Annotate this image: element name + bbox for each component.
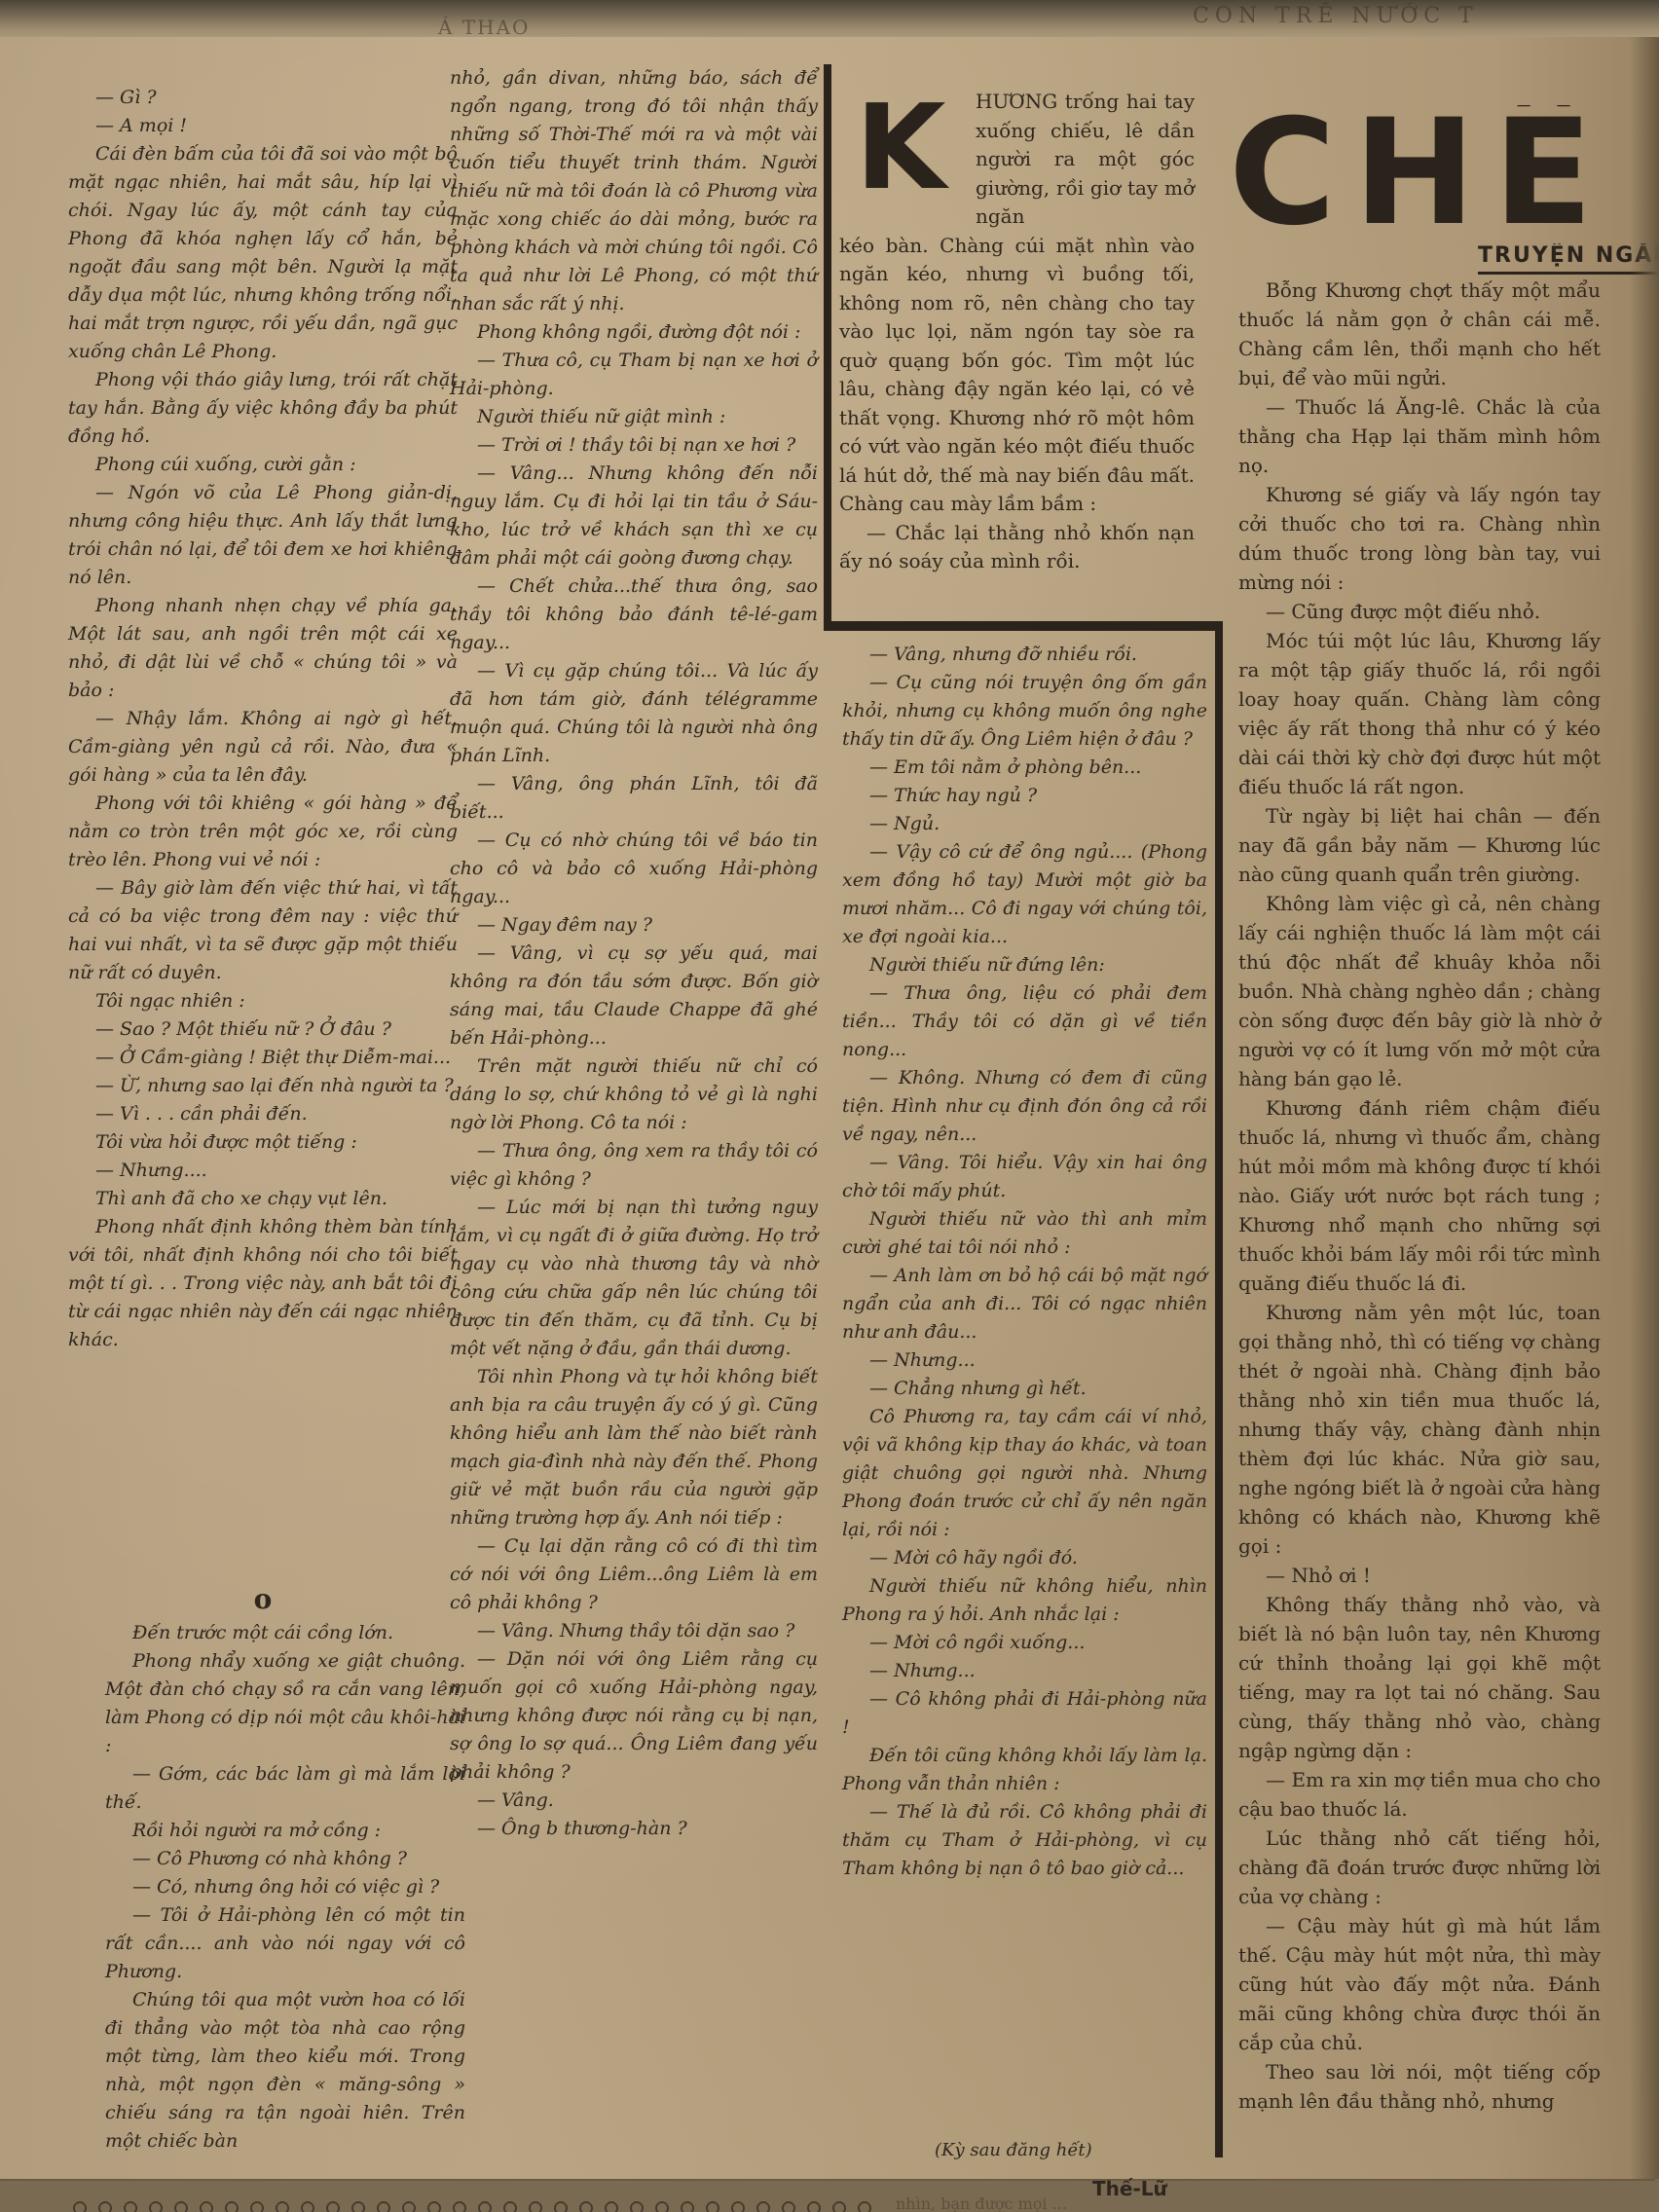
paragraph: Phong không ngồi, đường đột nói : (450, 318, 818, 347)
box-rule-right (1215, 621, 1223, 2157)
paragraph: Khương sé giấy và lấy ngón tay cởi thuốc… (1238, 480, 1601, 597)
dialogue-line: — Cô không phải đi Hải-phòng nữa ! (842, 1685, 1207, 1742)
paragraph: Người thiếu nữ đứng lên: (842, 951, 1207, 979)
dialogue-line: — Vì cụ gặp chúng tôi... Và lúc ấy đã hơ… (450, 657, 818, 770)
paragraph: Trên mặt người thiếu nữ chỉ có dáng lo s… (450, 1052, 818, 1137)
author-byline: Thế-Lữ (1092, 2177, 1167, 2200)
dialogue-line: — Sao ? Một thiếu nữ ? Ở đâu ? (68, 1015, 458, 1044)
paragraph: Móc túi một lúc lâu, Khương lấy ra một t… (1238, 626, 1601, 801)
dialogue-line: — Nhưng.... (68, 1157, 458, 1185)
paragraph: Phong nhẩy xuống xe giật chuông. Một đàn… (105, 1647, 465, 1760)
paragraph: Bỗng Khương chợt thấy một mẩu thuốc lá n… (1238, 276, 1601, 392)
dialogue-line: — Mời cô hãy ngồi đó. (842, 1544, 1207, 1572)
dialogue-line: — Anh làm ơn bỏ hộ cái bộ mặt ngớ ngẩn c… (842, 1262, 1207, 1346)
newspaper-page: — Gì ?— A mọi !Cái đèn bấm của tôi đã so… (0, 37, 1655, 2181)
dialogue-line: — Ngủ. (842, 810, 1207, 838)
paragraph: Phong nhanh nhẹn chạy về phía ga. Một lá… (68, 592, 458, 705)
dialogue-line: — Cô Phương có nhà không ? (105, 1845, 465, 1873)
paragraph: Lúc thằng nhỏ cất tiếng hỏi, chàng đã đo… (1238, 1824, 1601, 1911)
dialogue-line: — Ngón võ của Lê Phong giản-dị, nhưng cô… (68, 479, 458, 592)
paragraph: Tôi ngạc nhiên : (68, 987, 458, 1015)
dialogue-line: — A mọi ! (68, 112, 458, 140)
boxed-first-lines: HƯƠNG trống hai tay xuống chiếu, lê dần … (976, 88, 1195, 232)
paragraph: Đến tôi cũng không khỏi lấy làm lạ. Phon… (842, 1742, 1207, 1798)
dialogue-line: — Nhậy lắm. Không ai ngờ gì hết. Cầm-già… (68, 705, 458, 790)
boxed-story-opening: HƯƠNG trống hai tay xuống chiếu, lê dần … (839, 88, 1195, 576)
dialogue-line: — Mời cô ngồi xuống... (842, 1629, 1207, 1657)
story-column-4: Bỗng Khương chợt thấy một mẩu thuốc lá n… (1238, 276, 1601, 2116)
masthead-fragment-left: Á THAO (438, 16, 530, 39)
continued-note: (Kỳ sau đăng hết) (935, 2140, 1092, 2160)
dialogue-line: — Cậu mày hút gì mà hút lắm thế. Cậu mày… (1238, 1911, 1601, 2057)
section-break: o (68, 1583, 458, 1615)
dialogue-line: — Trời ơi ! thầy tôi bị nạn xe hơi ? (450, 431, 818, 460)
dialogue-line: — Thưa ông, liệu có phải đem tiền... Thầ… (842, 979, 1207, 1064)
story-column-3: — Vâng, nhưng đỡ nhiều rồi.— Cụ cũng nói… (842, 641, 1207, 1883)
dialogue-line: — Chết chửa...thế thưa ông, sao thầy tôi… (450, 572, 818, 657)
dialogue-line: — Gớm, các bác làm gì mà lắm lời thế. (105, 1760, 465, 1817)
paragraph: Theo sau lời nói, một tiếng cốp mạnh lên… (1238, 2057, 1601, 2116)
paragraph: Chúng tôi qua một vườn hoa có lối đi thẳ… (105, 1986, 465, 2156)
dialogue-line: — Vâng, vì cụ sợ yếu quá, mai không ra đ… (450, 940, 818, 1052)
dialogue-line: — Không. Nhưng có đem đi cũng tiện. Hình… (842, 1064, 1207, 1149)
paragraph: Từ ngày bị liệt hai chân — đến nay đã gầ… (1238, 801, 1601, 889)
paragraph: Phong cúi xuống, cười gằn : (68, 451, 458, 479)
dialogue-line: — Nhưng... (842, 1346, 1207, 1375)
dialogue-line: — Vâng. Nhưng thầy tôi dặn sao ? (450, 1617, 818, 1645)
boxed-body: kéo bàn. Chàng cúi mặt nhìn vào ngăn kéo… (839, 232, 1195, 519)
dialogue-line: — Ngay đêm nay ? (450, 911, 818, 940)
dialogue-line: — Cụ lại dặn rằng cô có đi thì tìm cớ nó… (450, 1532, 818, 1617)
dialogue-line: — Lúc mới bị nạn thì tưởng nguy lắm, vì … (450, 1194, 818, 1363)
paragraph: Phong nhất định không thèm bàn tính với … (68, 1213, 458, 1354)
dialogue-line: — Chẳng nhưng gì hết. (842, 1375, 1207, 1403)
dialogue-line: — Vì . . . cần phải đến. (68, 1100, 458, 1128)
dialogue-line: — Ở Cầm-giàng ! Biệt thự Diễm-mai... (68, 1044, 458, 1072)
story-headline: CHẾ (1229, 105, 1659, 241)
dialogue-line: — Vâng... Nhưng không đến nỗi nguy lắm. … (450, 460, 818, 572)
dialogue-line: — Có, nhưng ông hỏi có việc gì ? (105, 1873, 465, 1901)
paragraph: Người thiếu nữ không hiểu, nhìn Phong ra… (842, 1572, 1207, 1629)
story-column-1-continued: Đến trước một cái cồng lớn.Phong nhẩy xu… (105, 1619, 465, 2156)
paragraph: Người thiếu nữ vào thì anh mỉm cười ghé … (842, 1205, 1207, 1262)
paragraph: Không thấy thằng nhỏ vào, và biết là nó … (1238, 1590, 1601, 1765)
paragraph: Phong vội tháo giây lưng, trói rất chặt … (68, 366, 458, 451)
paragraph: Đến trước một cái cồng lớn. (105, 1619, 465, 1647)
paragraph: Khương đánh riêm chậm điếu thuốc lá, như… (1238, 1093, 1601, 1298)
dialogue-line: — Cũng được một điếu nhỏ. (1238, 597, 1601, 626)
paragraph: Người thiếu nữ giật mình : (450, 403, 818, 431)
boxed-dialogue: — Chắc lại thằng nhỏ khốn nạn ấy nó soáy… (839, 519, 1195, 576)
dialogue-line: — Thức hay ngủ ? (842, 782, 1207, 810)
dialogue-line: — Gì ? (68, 84, 458, 112)
dialogue-line: — Cụ cũng nói truyện ông ốm gần khỏi, nh… (842, 669, 1207, 754)
ornamental-border (68, 2200, 876, 2212)
paragraph: Khương nằm yên một lúc, toan gọi thằng n… (1238, 1298, 1601, 1561)
dialogue-line: — Vâng, ông phán Lĩnh, tôi đã biết... (450, 770, 818, 827)
dialogue-line: — Em ra xin mợ tiền mua cho cho cậu bao … (1238, 1765, 1601, 1824)
box-rule-bottom (824, 621, 1223, 631)
dialogue-line: — Bây giờ làm đến việc thứ hai, vì tất c… (68, 874, 458, 987)
dialogue-line: — Thuốc lá Ăng-lê. Chắc là của thằng cha… (1238, 392, 1601, 480)
paragraph: Thì anh đã cho xe chạy vụt lên. (68, 1185, 458, 1213)
paragraph: Cô Phương ra, tay cầm cái ví nhỏ, vội vã… (842, 1403, 1207, 1544)
paragraph: Cái đèn bấm của tôi đã soi vào một bộ mặ… (68, 140, 458, 366)
dialogue-line: — Vâng, nhưng đỡ nhiều rồi. (842, 641, 1207, 669)
paragraph: Tôi vừa hỏi được một tiếng : (68, 1128, 458, 1157)
story-column-1: — Gì ?— A mọi !Cái đèn bấm của tôi đã so… (68, 84, 458, 1354)
paragraph: Phong với tôi khiêng « gói hàng » để nằm… (68, 790, 458, 874)
paragraph: Rồi hỏi người ra mở cồng : (105, 1817, 465, 1845)
dialogue-line: — Vậy cô cứ để ông ngủ.... (Phong xem đồ… (842, 838, 1207, 951)
dialogue-line: — Cụ có nhờ chúng tôi về báo tin cho cô … (450, 827, 818, 911)
masthead-fragment-right: CON TRÊ NƯỚC T (1193, 4, 1479, 28)
dialogue-line: — Vâng. Tôi hiểu. Vậy xin hai ông chờ tô… (842, 1149, 1207, 1205)
page-edge-shadow (1630, 37, 1659, 2179)
dialogue-line: — Tôi ở Hải-phòng lên có một tin rất cần… (105, 1901, 465, 1986)
paragraph: Tôi nhìn Phong và tự hỏi không biết anh … (450, 1363, 818, 1532)
story-column-2: nhỏ, gần divan, những báo, sách để ngổn … (450, 64, 818, 1843)
page-top-strip: Á THAO CON TRÊ NƯỚC T (0, 0, 1659, 41)
dialogue-line: — Nhưng... (842, 1657, 1207, 1685)
dialogue-line: — Ừ, nhưng sao lại đến nhà người ta ? (68, 1072, 458, 1100)
dialogue-line: — Nhỏ ơi ! (1238, 1561, 1601, 1590)
paragraph: Không làm việc gì cả, nên chàng lấy cái … (1238, 889, 1601, 1093)
box-rule-left (824, 64, 831, 629)
dialogue-line: — Vâng. (450, 1787, 818, 1815)
paragraph: nhỏ, gần divan, những báo, sách để ngổn … (450, 64, 818, 318)
dialogue-line: — Ông b thương-hàn ? (450, 1815, 818, 1843)
dialogue-line: — Thưa ông, ông xem ra thầy tôi có việc … (450, 1137, 818, 1194)
footer-fragment: nhìn, bạn được mọi ... (896, 2194, 1067, 2212)
dialogue-line: — Thế là đủ rồi. Cô không phải đi thăm c… (842, 1798, 1207, 1883)
dialogue-line: — Thưa cô, cụ Tham bị nạn xe hơi ở Hải-p… (450, 347, 818, 403)
dialogue-line: — Em tôi nằm ở phòng bên... (842, 754, 1207, 782)
dialogue-line: — Dặn nói với ông Liêm rằng cụ muốn gọi … (450, 1645, 818, 1787)
